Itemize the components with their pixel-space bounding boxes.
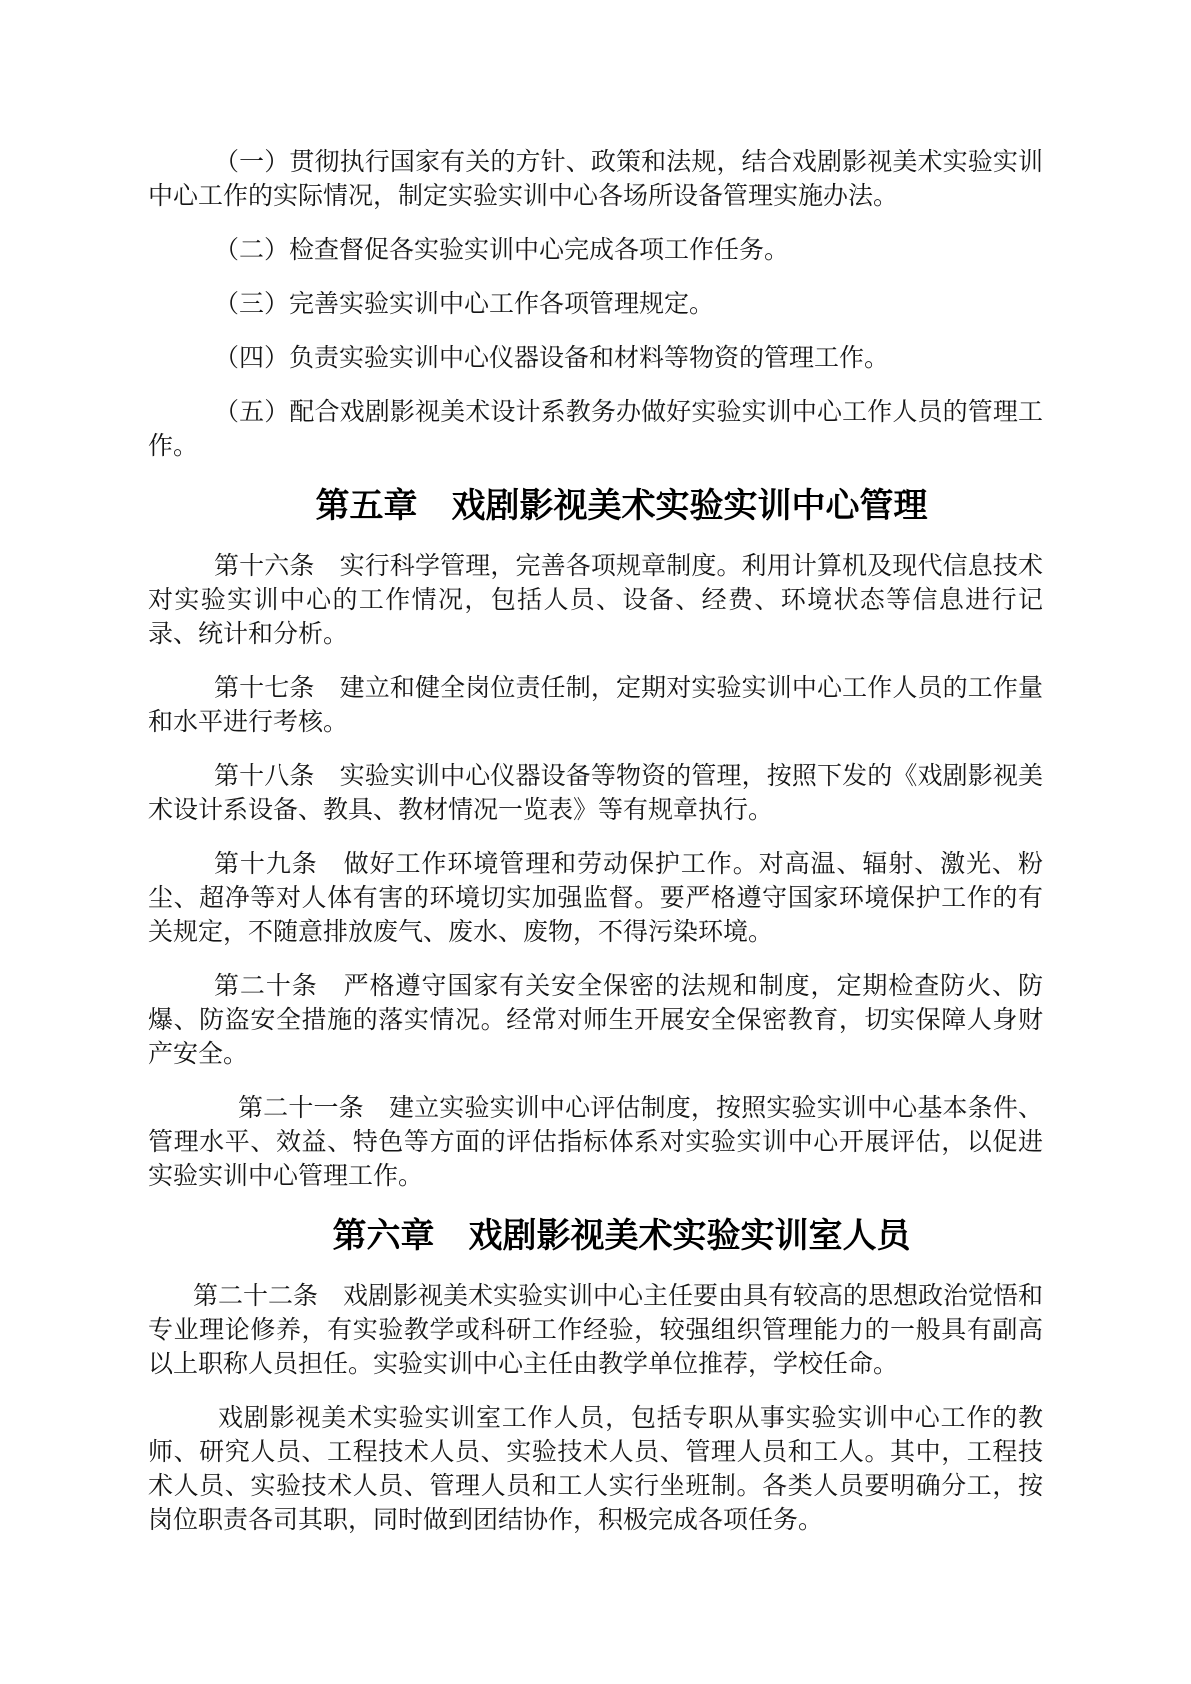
article-22-continuation: 戏剧影视美术实验实训室工作人员，包括专职从事实验实训中心工作的教师、研究人员、工… [148, 1402, 1043, 1538]
article-22: 第二十二条 戏剧影视美术实验实训中心主任要由具有较高的思想政治觉悟和专业理论修养… [148, 1280, 1043, 1382]
article-21: 第二十一条 建立实验实训中心评估制度，按照实验实训中心基本条件、管理水平、效益、… [148, 1092, 1043, 1194]
clause-item-4: （四）负责实验实训中心仪器设备和材料等物资的管理工作。 [148, 342, 1043, 376]
article-17: 第十七条 建立和健全岗位责任制，定期对实验实训中心工作人员的工作量和水平进行考核… [148, 672, 1043, 740]
chapter-5-heading: 第五章 戏剧影视美术实验实训中心管理 [148, 484, 1043, 528]
clause-item-1: （一）贯彻执行国家有关的方针、政策和法规，结合戏剧影视美术实验实训中心工作的实际… [148, 146, 1043, 214]
clause-item-3: （三）完善实验实训中心工作各项管理规定。 [148, 288, 1043, 322]
article-19: 第十九条 做好工作环境管理和劳动保护工作。对高温、辐射、激光、粉尘、超净等对人体… [148, 848, 1043, 950]
article-16: 第十六条 实行科学管理，完善各项规章制度。利用计算机及现代信息技术对实验实训中心… [148, 550, 1043, 652]
article-20: 第二十条 严格遵守国家有关安全保密的法规和制度，定期检查防火、防爆、防盗安全措施… [148, 970, 1043, 1072]
document-page: （一）贯彻执行国家有关的方针、政策和法规，结合戏剧影视美术实验实训中心工作的实际… [0, 0, 1191, 1684]
clause-item-5: （五）配合戏剧影视美术设计系教务办做好实验实训中心工作人员的管理工作。 [148, 396, 1043, 464]
clause-item-2: （二）检查督促各实验实训中心完成各项工作任务。 [148, 234, 1043, 268]
chapter-6-heading: 第六章 戏剧影视美术实验实训室人员 [148, 1214, 1043, 1258]
article-18: 第十八条 实验实训中心仪器设备等物资的管理，按照下发的《戏剧影视美术设计系设备、… [148, 760, 1043, 828]
